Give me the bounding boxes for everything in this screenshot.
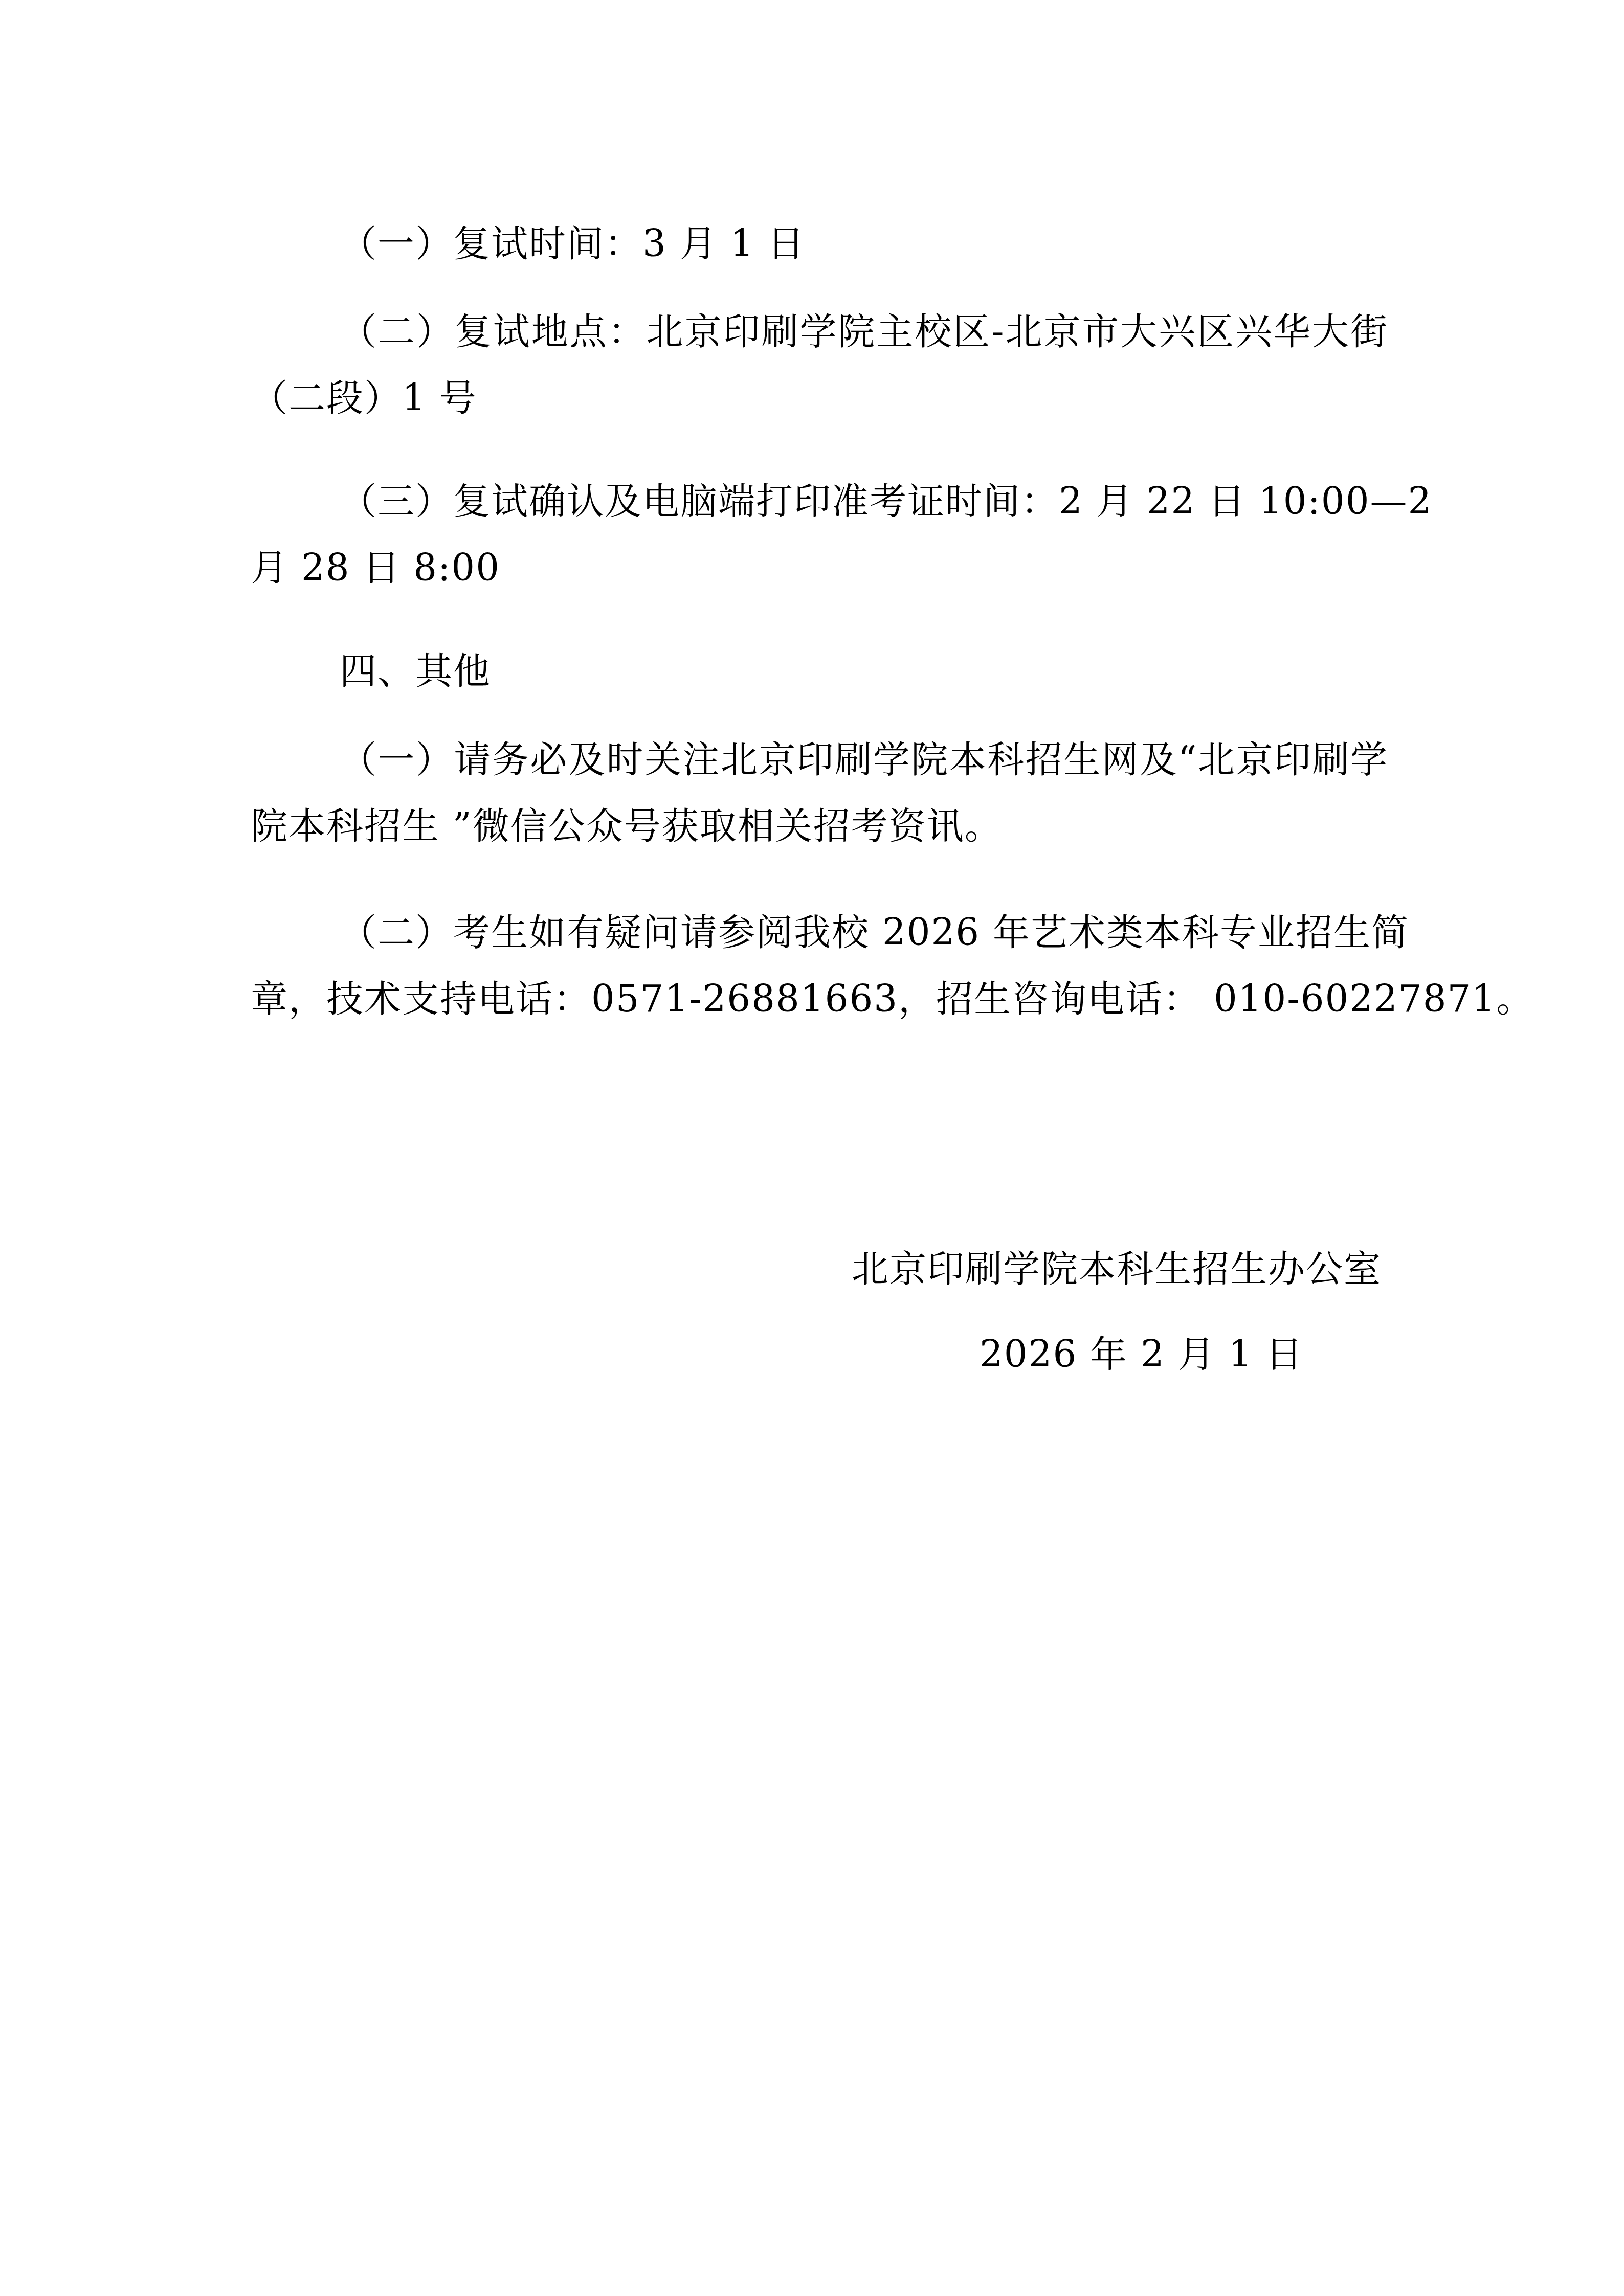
confirmation-print-time-item-line2: 月 28 日 8:00	[251, 549, 500, 586]
section-heading-other: 四、其他	[340, 652, 491, 689]
signature-date: 2026 年 2 月 1 日	[980, 1336, 1303, 1372]
contact-info-item-line2: 章，技术支持电话：0571-26881663，招生咨询电话： 010-60227…	[251, 980, 1388, 1017]
document-page: （一）复试时间：3 月 1 日 （二）复试地点：北京印刷学院主校区-北京市大兴区…	[0, 0, 1624, 2296]
follow-admissions-item-line2: 院本科招生 ”微信公众号获取相关招考资讯。	[251, 807, 1003, 844]
signature-office: 北京印刷学院本科生招生办公室	[852, 1250, 1382, 1287]
retest-location-item-line2: （二段）1 号	[251, 379, 477, 416]
retest-location-item-line1: （二）复试地点：北京印刷学院主校区-北京市大兴区兴华大街	[340, 313, 1388, 350]
confirmation-print-time-item-line1: （三）复试确认及电脑端打印准考证时间：2 月 22 日 10:00—2	[340, 483, 1388, 520]
retest-time-item: （一）复试时间：3 月 1 日	[340, 225, 805, 262]
contact-info-item-line1: （二）考生如有疑问请参阅我校 2026 年艺术类本科专业招生简	[340, 914, 1388, 951]
follow-admissions-item-line1: （一）请务必及时关注北京印刷学院本科招生网及“北京印刷学	[340, 741, 1388, 778]
